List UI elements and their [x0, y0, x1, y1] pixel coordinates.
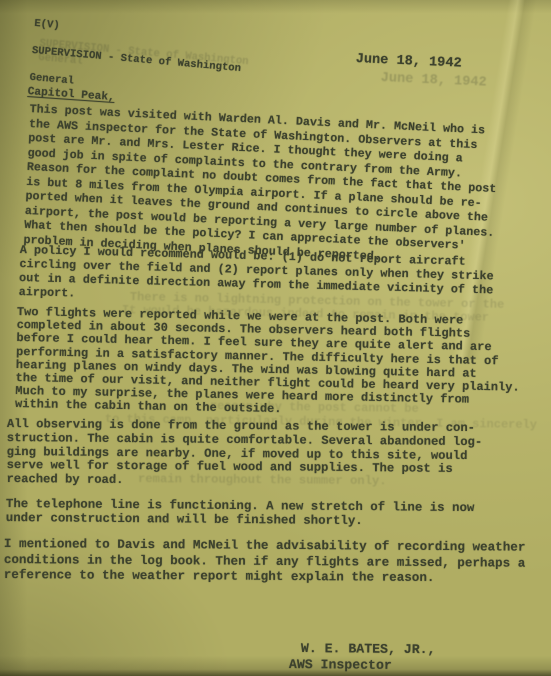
- paragraph-6: I mentioned to Davis and McNeil the advi…: [4, 537, 526, 587]
- paragraph-5: The telephone line is functioning. A new…: [6, 497, 475, 529]
- paragraph-1: This post was visited with Warden Al. Da…: [23, 102, 499, 269]
- date-line: June 18, 1942: [355, 52, 462, 72]
- document-photo: SUPERVISION - State of Washington Genera…: [0, 0, 551, 676]
- signature-name: W. E. BATES, JR.,: [301, 641, 436, 657]
- paragraph-4: All observing is done from the ground as…: [6, 418, 482, 491]
- paragraph-2: A policy I would recommend would be: (1)…: [19, 243, 495, 311]
- paragraph-3: Two flights were reported while we were …: [15, 306, 521, 421]
- organization-line: SUPERVISION - State of Washington: [31, 44, 241, 76]
- ghost-date-text: June 18, 1942: [380, 71, 487, 91]
- signature-title: AWS Inspector: [289, 657, 392, 673]
- file-code: E(V): [34, 17, 244, 49]
